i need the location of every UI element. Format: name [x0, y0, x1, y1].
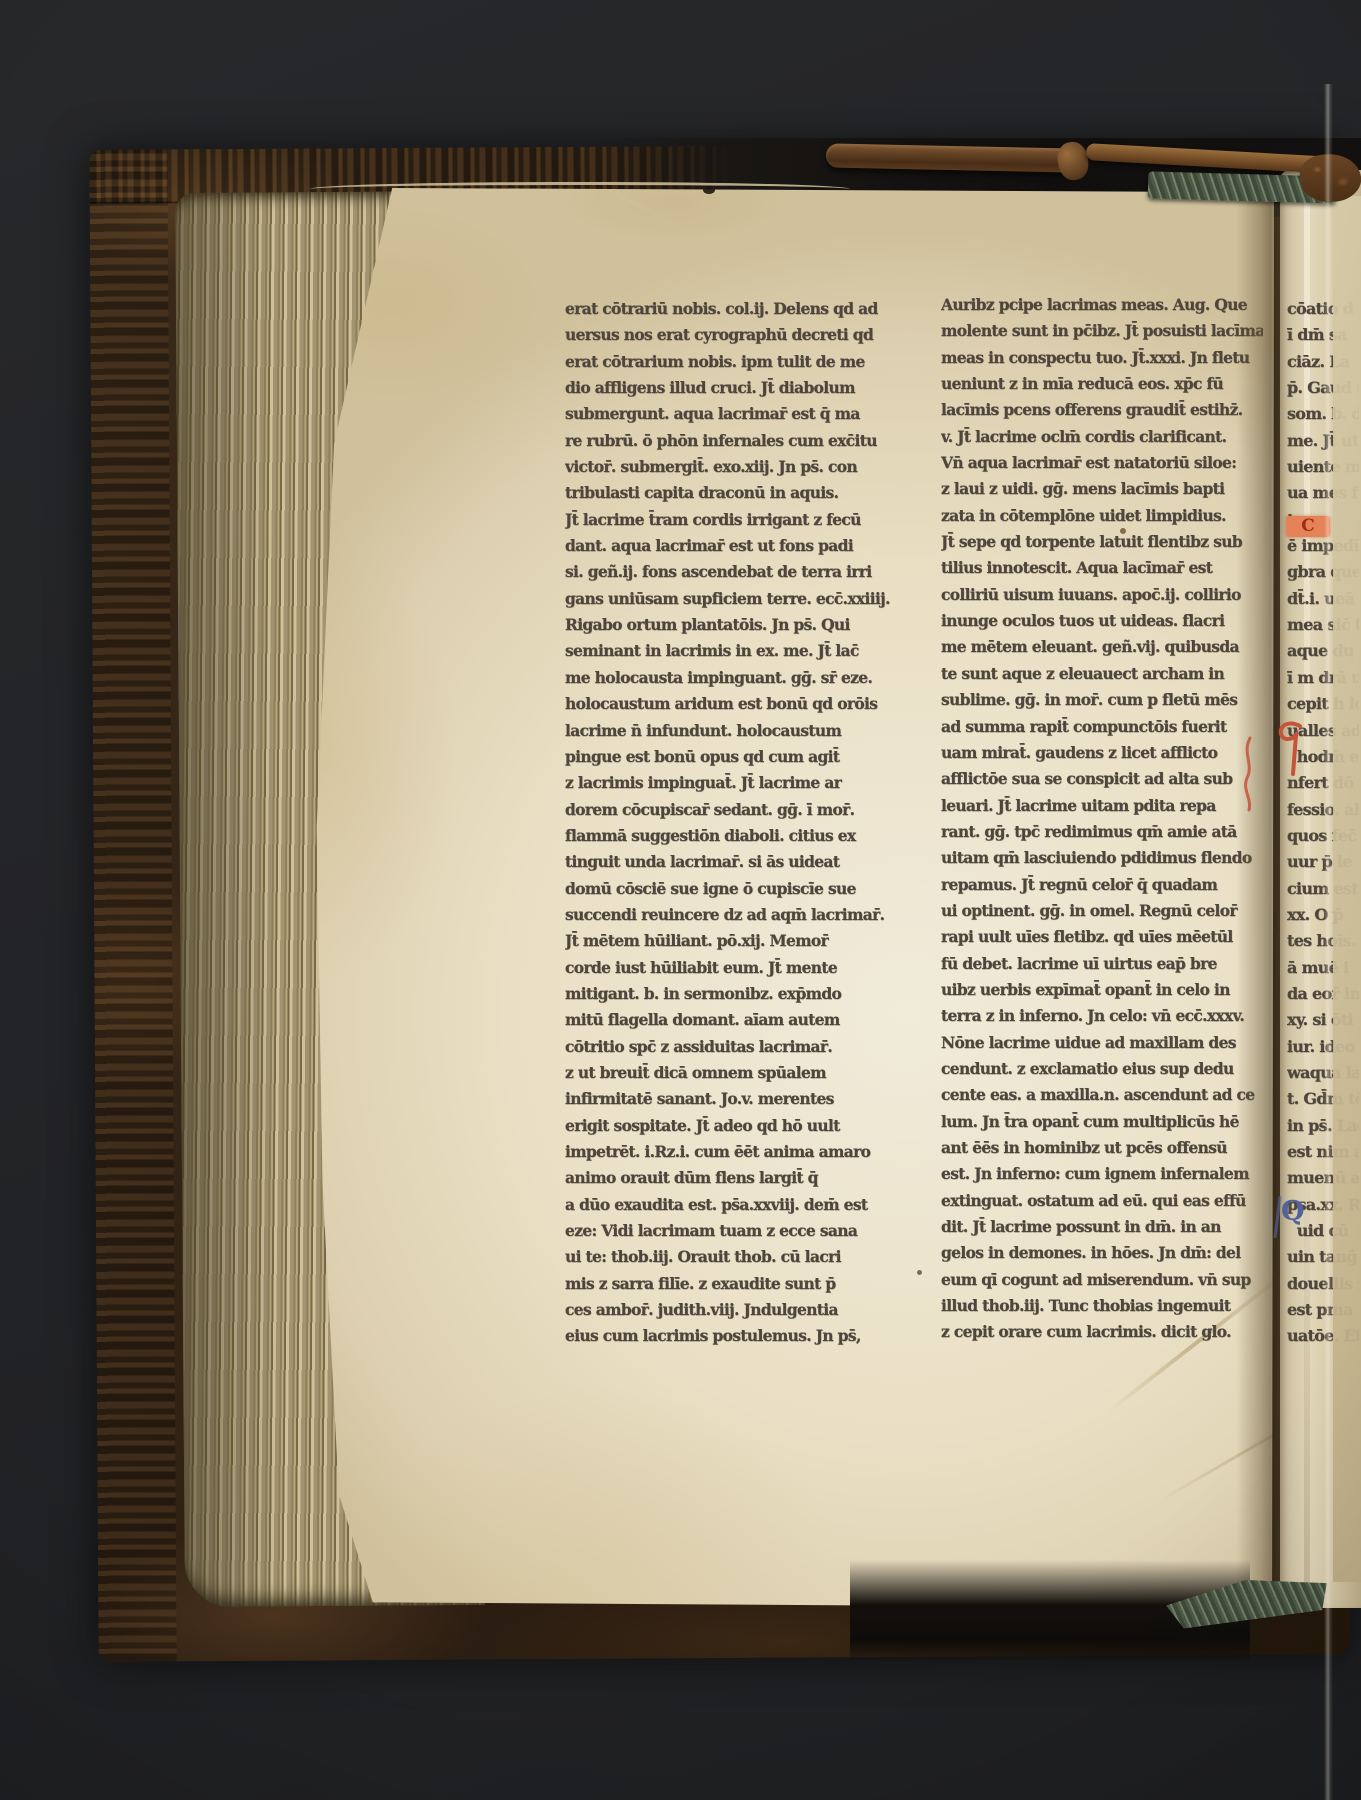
manuscript-text-line: dant. aqua lacrimar̄ est ut fons padi — [565, 533, 908, 559]
manuscript-text-line: Jt̄ sepe qd torpente latuit flentibz sub — [941, 529, 1263, 555]
manuscript-text-line: est. Jn inferno: cum ignem infernalem — [941, 1161, 1263, 1187]
red-line-filler-icon — [1242, 736, 1256, 812]
parchment-speck — [917, 1270, 922, 1275]
manuscript-text-line: holocaustum aridum est bonū qd orōis — [565, 691, 908, 717]
manuscript-text-line: erigit sospitate. Jt̄ adeo qd hō uult — [565, 1113, 908, 1139]
manuscript-text-line: ces ambor̄. judith.viij. Jndulgentia — [565, 1297, 908, 1323]
manuscript-text-line: tinguit unda lacrimar̄. si ās uideat — [565, 849, 908, 875]
manuscript-text-line: dorem cōcupiscar̄ sedant. gḡ. ī mor̄. — [565, 797, 908, 823]
blue-initial: Q — [1281, 1197, 1305, 1227]
manuscript-text-line: gelos in demones. in hōes. Jn dm̄: del — [941, 1240, 1263, 1266]
manuscript-text-line: v. Jt̄ lacrime oclm̄ cordis clarificant. — [941, 424, 1263, 450]
manuscript-text-line: succendi reuincere dz ad aqm̄ lacrimar̄. — [565, 902, 908, 928]
manuscript-text-line: rant. gḡ. tpc̄ redimimus qm̄ amie atā — [941, 819, 1263, 845]
red-paraph-icon — [1276, 720, 1306, 780]
manuscript-text-line: lacīmis pcens offerens graudit̄ estihz̄. — [941, 397, 1263, 423]
manuscript-text-line: gans uniūsam supficiem terre. ecc̄.xxiii… — [565, 586, 908, 612]
manuscript-text-line: victor̄. submergit̄. exo.xiij. Jn ps̄. c… — [565, 454, 908, 480]
cover-embossed-border-left — [89, 149, 176, 1661]
manuscript-text-line: lum. Jn t̄ra opant̄ cum multiplicūs hē — [941, 1109, 1263, 1135]
manuscript-text-line: colliriū uisum iuuans. apoc̄.ij. colliri… — [941, 582, 1263, 608]
manuscript-text-line: terra z in inferno. Jn celo: vn̄ ecc̄.xx… — [941, 1003, 1263, 1029]
manuscript-text-line: z laui z uidi. gḡ. mens lacīmis bapti — [941, 476, 1263, 502]
manuscript-text-line: meas in conspectu tuo. Jt̄.xxxi. Jn flet… — [941, 345, 1263, 371]
manuscript-text-line: z ut breuit̄ dicā omnem spūalem — [565, 1060, 908, 1086]
manuscript-text-line: dit. Jt̄ lacrime possunt in dm̄. in an — [941, 1214, 1263, 1240]
manuscript-text-line: afflictōe sua se conspicit ad alta sub — [941, 766, 1263, 792]
manuscript-text-line: flammā suggestiōn diaboli. citius ex — [565, 823, 908, 849]
manuscript-text-line: repamus. Jt̄ regnū celor̄ q̄ quadam — [941, 872, 1263, 898]
manuscript-text-line: mis z sarra filīe. z exaudite sunt p̄ — [565, 1271, 908, 1297]
manuscript-text-line: ui te: thob.iij. Orauit thob. cū lacri — [565, 1244, 908, 1270]
manuscript-text-line: eius cum lacrimis postulemus. Jn ps̄, — [565, 1323, 908, 1349]
manuscript-text-line: seminant in lacrimis in ex. me. Jt̄ lac̄ — [565, 638, 908, 664]
manuscript-text-line: pingue est bonū opus qd cum agit̄ — [565, 744, 908, 770]
manuscript-text-line: impetrēt. i.Rz.i. cum ēēt anima amaro — [565, 1139, 908, 1165]
manuscript-text-line: tilius innotescit. Aqua lacīmar̄ est — [941, 555, 1263, 581]
manuscript-text-line: eum qī cogunt ad miserendum. vn̄ sup — [941, 1267, 1263, 1293]
text-column-left: erat cōtrariū nobis. col.ij. Delens qd a… — [565, 296, 908, 1350]
manuscript-text-line: infirmitatē sanant. Jo.v. merentes — [565, 1086, 908, 1112]
manuscript-text-line: Vn̄ aqua lacrimar̄ est natatoriū siloe: — [941, 450, 1263, 476]
manuscript-text-line: domū cōsciē sue igne ō cupiscīe sue — [565, 876, 908, 902]
manuscript-text-line: leuari. Jt̄ lacrime uitam pdita repa — [941, 793, 1263, 819]
manuscript-text-line: si. geñ.ij. fons ascendebat de terra irr… — [565, 559, 908, 585]
manuscript-text-line: lacrime n̄ infundunt. holocaustum — [565, 718, 908, 744]
manuscript-text-line: uibz uerbis expīmat̄ opant̄ in celo in — [941, 977, 1263, 1003]
manuscript-page: erat cōtrariū nobis. col.ij. Delens qd a… — [305, 188, 1274, 1608]
manuscript-text-line: Jt̄ mētem hūiliant. pō.xij. Memor̄ — [565, 928, 908, 954]
manuscript-text-line: Nōne lacrime uidue ad maxillam des — [941, 1030, 1263, 1056]
manuscript-text-line: ueniunt z in mīa reducā eos. xp̄c fū — [941, 371, 1263, 397]
manuscript-text-line: extinguat. ostatum ad eū. qui eas effū — [941, 1188, 1263, 1214]
manuscript-text-line: z lacrimis impinguat̄. Jt̄ lacrime ar — [565, 770, 908, 796]
parchment-crease — [552, 188, 704, 242]
manuscript-text-line: mitigant. b. in sermonibz. exp̄mdo — [565, 981, 908, 1007]
manuscript-text-line: fū debet. lacrime uī uirtus eap̄ bre — [941, 951, 1263, 977]
manuscript-text-line: ui optinent. gḡ. in omel. Regnū celor̄ — [941, 898, 1263, 924]
manuscript-text-line: zata in cōtemplōne uidet limpidius. — [941, 503, 1263, 529]
manuscript-text-line: animo orauit dūm flens largit̄ q̄ — [565, 1165, 908, 1191]
manuscript-text-line: illud thob.iij. Tunc thobias ingemuit — [941, 1293, 1263, 1319]
manuscript-text-line: inunge oculos tuos ut uideas. flacri — [941, 608, 1263, 634]
manuscript-text-line: corde iust hūiliabit eum. Jt̄ mente — [565, 955, 908, 981]
manuscript-text-line: Auribz pcipe lacrimas meas. Aug. Que — [941, 292, 1263, 318]
manuscript-text-line: sublime. gḡ. in mor̄. cum p fletū mēs — [941, 687, 1263, 713]
manuscript-text-line: Rigabo ortum plantatōis. Jn ps̄. Qui — [565, 612, 908, 638]
manuscript-text-line: tribulasti capita draconū in aquis. — [565, 480, 908, 506]
manuscript-text-line: me mētem eleuant. geñ.vij. quibusda — [941, 634, 1263, 660]
manuscript-text-line: te sunt aque z eleuauect archam in — [941, 661, 1263, 687]
manuscript-text-line: uitam qm̄ lasciuiendo pdidimus flendo — [941, 845, 1263, 871]
manuscript-text-line: rapi uult uīes fletibz. qd uīes mēetūl — [941, 924, 1263, 950]
manuscript-text-line: me holocausta impinguant. gḡ. sr̄ eze. — [565, 665, 908, 691]
manuscript-text-line: Jt̄ lacrime t̄ram cordis irrigant z fecū — [565, 507, 908, 533]
manuscript-text-line: erat cōtrariū nobis. col.ij. Delens qd a… — [565, 296, 908, 322]
manuscript-text-line: ant ēēs in hominibz ut pcēs offensū — [941, 1135, 1263, 1161]
manuscript-text-line: ad summa rapit̄ compunctōis fuerit — [941, 714, 1263, 740]
manuscript-text-line: cendunt. z exclamatio eius sup dedu — [941, 1056, 1263, 1082]
manuscript-text-line: cōtritio spc̄ z assiduitas lacrimar̄. — [565, 1034, 908, 1060]
glass-edge-reflection — [1324, 84, 1333, 1800]
text-column-right: Auribz pcipe lacrimas meas. Aug. Quemole… — [941, 292, 1263, 1346]
manuscript-text-line: uersus nos erat cyrographū decreti qd — [565, 322, 908, 348]
further-page-edges — [1333, 196, 1361, 1582]
manuscript-text-line: erat cōtrarium nobis. ipm tulit de me — [565, 349, 908, 375]
manuscript-text-line: z cepit orare cum lacrimis. dicit glo. — [941, 1319, 1263, 1345]
manuscript-text-line: mitū flagella domant. aīam autem — [565, 1007, 908, 1033]
manuscript-text-line: re rubrū. ō phōn infernales cum exc̄itu — [565, 428, 908, 454]
manuscript-text-line: molente sunt in pc̄ibz. Jt̄ posuisti lac… — [941, 318, 1263, 344]
manuscript-text-line: a dūo exaudita est. ps̄a.xxviij. dem̄ es… — [565, 1192, 908, 1218]
manuscript-photo: erat cōtrariū nobis. col.ij. Delens qd a… — [0, 0, 1361, 1800]
manuscript-text-line: dio affligens illud cruci. Jt̄ diabolum — [565, 375, 908, 401]
manuscript-text-line: submergunt. aqua lacrimar̄ est q̄ ma — [565, 401, 908, 427]
manuscript-text-line: eze: Vidi lacrimam tuam z ecce sana — [565, 1218, 908, 1244]
manuscript-text-line: uam mirat̄. gaudens z licet afflicto — [941, 740, 1263, 766]
manuscript-text-line: cente eas. a maxilla.n. ascendunt ad ce — [941, 1082, 1263, 1108]
